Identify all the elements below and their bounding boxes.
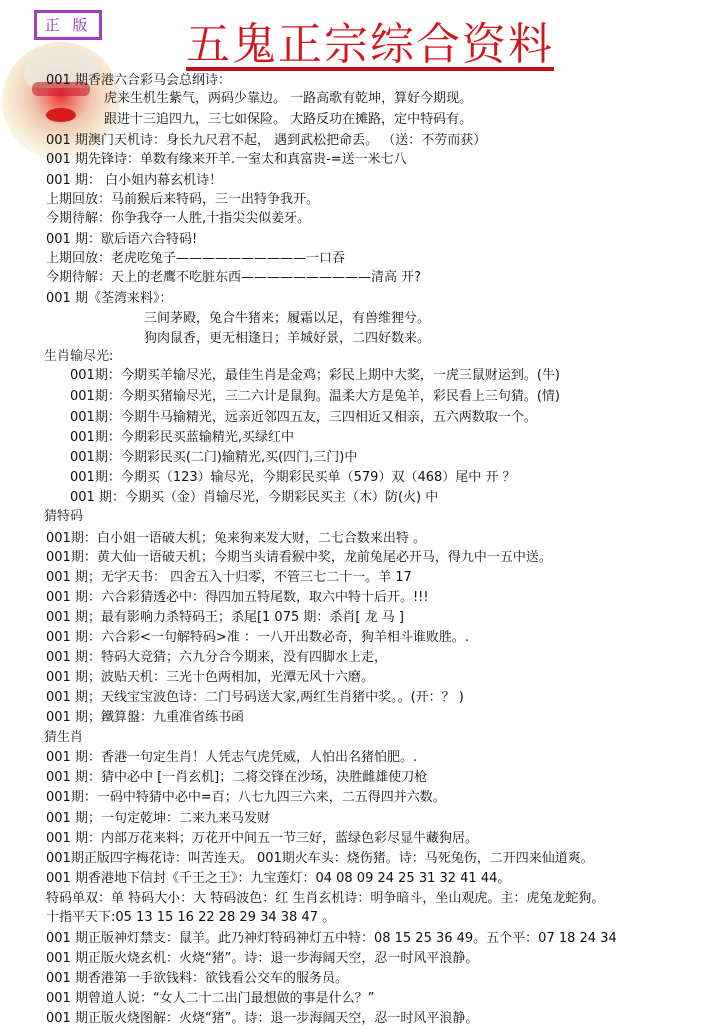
content-line: 001 期先锋诗：单数有缘来开羊.一室太和真富贵-=送一米七八	[46, 151, 407, 168]
content-line: 001期：今期买（123）输尽光，今期彩民买单（579）双（468）尾中 开 ？	[70, 469, 516, 486]
content-line: 上期回放：马前猴后来特码，三一出特争我开。	[46, 191, 319, 208]
content-line: 001 期澳门天机诗：身长九尺君不起， 遇到武松把命丢。 （送：不劳而获）	[46, 132, 486, 149]
content-line: 001 期香港六合彩马会总纲诗：	[46, 72, 231, 89]
content-line: 001 期：今期买（金）肖输尽光，今期彩民买主（木）防(火) 中	[70, 489, 438, 506]
authentic-badge: 正 版	[34, 10, 102, 40]
content-line: 001 期： 白小姐内幕玄机诗！	[46, 172, 222, 189]
content-line: 001 期；无字天书： 四舍五入十归零，不管三七二十一。羊 17	[46, 569, 412, 586]
content-line: 001 期；天线宝宝波色诗：二门号码送大家,两红生肖猪中奖。。(开：？ )	[46, 689, 464, 706]
content-line: 特码单双：单 特码大小：大 特码波色：红 生肖玄机诗：明争暗斗，坐山观虎。主：虎…	[46, 890, 604, 907]
content-line: 001 期：特码大竞猜；六九分合今期来，没有四脚水上走，	[46, 649, 387, 666]
content-line: 十指平天下:05 13 15 16 22 28 29 34 38 47 。	[46, 909, 335, 926]
content-line: 001期：今期买羊输尽光，最佳生肖是金鸡；彩民上期中大奖，一虎三鼠财运到。(牛)	[70, 367, 560, 384]
title-underline	[186, 67, 554, 71]
content-line: 跟进十三追四九，三七如保险。 大路反功在摊路，定中特码有。	[104, 111, 472, 128]
content-line: 001 期：六合彩<一句解特码>准 ：一八开出数必奇，狗羊相斗谁败胜。.	[46, 629, 469, 646]
content-line: 001 期《荃湾来料》：	[46, 290, 172, 307]
content-line: 001 期：香港一句定生肖！人凭志气虎凭威，人怕出名猪怕肥。.	[46, 749, 417, 766]
content-line: 001期：今期彩民买蓝输精光,买绿红中	[70, 429, 294, 446]
content-line: 今期待解：你争我夺一人胜,十指尖尖似姜牙。	[46, 210, 310, 227]
content-line: 001期：今期买猪输尽光，三二六计是鼠狗。温柔大方是兔羊，彩民看上三句猜。(情)	[70, 388, 560, 405]
content-line: 001 期：内部万花来料；万花开中间五一节三好，蓝绿色彩尽显牛藏狗居。	[46, 830, 478, 847]
section-heading: 猜生肖	[44, 729, 83, 746]
content-line: 001 期正版火烧玄机：火烧“猪”。诗：退一步海阔天空，忍一时风平浪静。	[46, 950, 478, 967]
content-line: 001 期：六合彩猜透必中：得四加五特尾数，取六中特十后开。!!!	[46, 589, 429, 606]
content-line: 001 期香港第一手欲钱料：欲钱看公交车的服务员。	[46, 970, 348, 987]
page-title: 五鬼正宗综合资料	[186, 20, 554, 74]
content-line: 001 期正版神灯禁支：鼠羊。此乃神灯特码神灯五中特：08 15 25 36 4…	[46, 930, 617, 947]
content-line: 今期待解：天上的老鹰不吃脏东西——————————清高 开?	[46, 269, 421, 286]
content-line: 001期正版四字梅花诗：叫苦连天。 001期火车头：烧伤猪。诗：马死兔伤，二开四…	[46, 850, 594, 867]
content-line: 001期：一码中特猜中必中=百；八七九四三六来，二五得四并六数。	[46, 789, 446, 806]
content-line: 虎来生机生紫气，两码少靠边。 一路高歌有乾坤，算好今期现。	[104, 90, 472, 107]
section-heading: 猜特码	[44, 508, 83, 525]
content-line: 001期：今期牛马输精光，远亲近邻四五友，三四相近又相亲，五六两数取一个。	[70, 409, 537, 426]
content-line: 001 期正版火烧图解：火烧“猪”。诗：退一步海阔天空，忍一时风平浪静。	[46, 1010, 478, 1027]
content-line: 上期回放：老虎吃兔子——————————一口吞	[46, 250, 345, 267]
section-heading: 生肖输尽光:	[44, 348, 113, 365]
content-line: 001 期香港地下信封《千王之王》：九宝莲灯：04 08 09 24 25 31…	[46, 870, 510, 887]
content-line: 001 期；波贴天机：三光十色两相加，光潭无风十六磨。	[46, 669, 374, 686]
content-line: 001 期；鐵算盤：九重准省练书函	[46, 709, 244, 726]
content-line: 001 期；最有影响力杀特码王；杀尾[1 075 期：杀肖[ 龙 马 ]	[46, 609, 404, 626]
content-line: 三间茅殿，兔合牛猪来；履霜以足，有兽维狸兮。	[144, 310, 430, 327]
content-line: 001 期：歇后语六合特码!	[46, 231, 197, 248]
content-line: 001期：黄大仙一语破天机；今期当头请看猴中奖，龙前兔尾必开马，得九中一五中送。	[46, 549, 552, 566]
content-line: 狗肉鼠香，更无相逢日；羊城好景，二四好数来。	[144, 330, 430, 347]
content-line: 001 期；一句定乾坤：二来九来马发财	[46, 810, 270, 827]
content-line: 001期：白小姐一语破大机；兔来狗来发大财，二七合数来出特 。	[46, 530, 426, 547]
content-line: 001 期曾道人说：“女人二十二出门最想做的事是什么？”	[46, 990, 374, 1007]
content-line: 001期：今期彩民买(二门)输精光,买(四门,三门)中	[70, 449, 357, 466]
portrait-mouth	[46, 108, 76, 122]
content-line: 001 期：猜中必中 [一肖玄机]；二将交锋在沙场，决胜雌雄使刀枪	[46, 769, 427, 786]
